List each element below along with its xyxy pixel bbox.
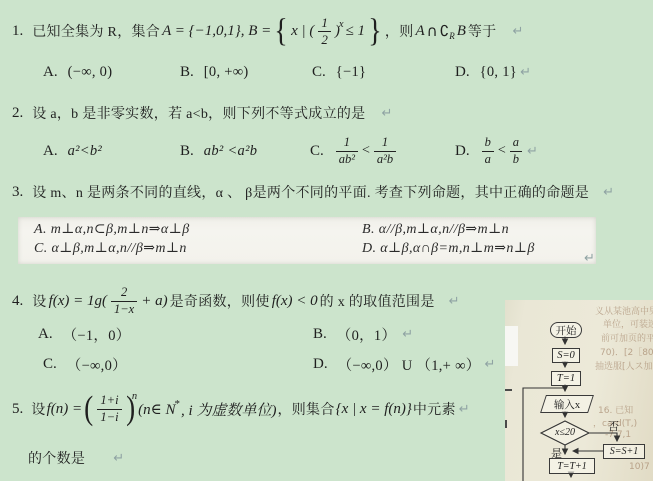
q4-fraction-denominator: 1−x <box>111 301 137 316</box>
q2-d-fraction-1: b a <box>482 136 494 165</box>
question-5-line-2: 的个数是 ↵ <box>28 448 124 468</box>
q2-c-fraction-1: 1 ab² <box>336 136 358 165</box>
paragraph-mark-icon: ↵ <box>603 185 614 200</box>
q1-exponent-x: x <box>339 19 344 30</box>
q2-d-frac1-den: a <box>482 151 494 166</box>
q5-domain-note-tail: , i 为虚数单位) <box>181 399 276 420</box>
flowchart-t-increment-node: T=T+1 <box>549 458 595 474</box>
q4-plus-a: + a) <box>141 293 167 310</box>
q2-option-a: A. a²<b² <box>43 129 102 173</box>
q1-option-b: B. [0, +∞) <box>180 60 249 84</box>
question-5-text-4: 的个数是 <box>28 448 85 468</box>
q4-option-a: A. （−1，0） <box>38 322 131 346</box>
q1-left-brace: { <box>274 11 287 51</box>
q3-option-c: C. α⊥β,m⊥α,n//β⇒m⊥n <box>34 240 190 257</box>
q5-function-def: f(n) = <box>47 401 83 418</box>
less-than-symbol: < <box>498 143 506 159</box>
intersection-symbol: ∩ <box>427 22 438 40</box>
paragraph-mark-icon: ↵ <box>402 327 413 342</box>
paragraph-mark-icon: ↵ <box>527 144 538 159</box>
q2-c-frac2-num: 1 <box>379 136 391 150</box>
question-2-options: A. a²<b² B. ab² <a²b C. 1 ab² < 1 a²b D.… <box>0 129 653 173</box>
q1-option-a-label: A. <box>43 64 58 81</box>
q1-set-condition: x | ( <box>291 23 314 40</box>
question-2-number: 2. <box>12 105 23 122</box>
paragraph-mark-icon: ↵ <box>113 451 124 466</box>
q3-option-d: D. α⊥β,α∩β=m,n⊥m⇒n⊥β <box>362 240 535 257</box>
q1-set-equation: A = {−1,0,1}, B = <box>162 23 271 40</box>
flowchart-start-node: 开始 <box>550 322 582 338</box>
q1-option-d: D. {0, 1} ↵ <box>455 60 531 84</box>
q4-fraction: 2 1−x <box>111 286 137 315</box>
question-4-number: 4. <box>12 293 23 310</box>
q5-set-def: {x | x = f(n)} <box>336 401 412 418</box>
paragraph-mark-icon: ↵ <box>520 65 531 80</box>
q4-option-c: C. （−∞,0） <box>43 352 127 376</box>
paragraph-mark-icon: ↵ <box>459 402 470 417</box>
q2-d-frac2-den: b <box>510 151 522 166</box>
q2-d-frac2-num: a <box>510 136 522 150</box>
q4-option-a-label: A. <box>38 326 53 343</box>
q2-option-a-label: A. <box>43 143 58 160</box>
question-5-text-2: ，则集合 <box>277 399 334 419</box>
q1-option-d-value: {0, 1} <box>480 64 517 81</box>
q1-right-brace: } <box>368 11 381 51</box>
q2-option-c: C. 1 ab² < 1 a²b <box>310 129 398 173</box>
paragraph-mark-icon: ↵ <box>485 357 496 372</box>
flowchart-input-node: 输入x <box>540 395 594 413</box>
question-1-options: A. (−∞, 0) B. [0, +∞) C. {−1} D. {0, 1} … <box>0 60 653 84</box>
question-5-text-1: 设 <box>31 399 45 419</box>
flowchart-no-label: 否 <box>608 418 619 434</box>
complement-symbol: ∁ <box>440 22 450 40</box>
q4-option-c-value: （−∞,0） <box>67 354 127 375</box>
question-4-text-1: 设 <box>32 291 46 311</box>
q2-option-d: D. b a < a b ↵ <box>455 129 538 173</box>
flowchart-s0-node: S=0 <box>552 348 580 363</box>
q2-c-frac2-den: a²b <box>374 151 396 166</box>
question-2-text: 设 a，b 是非零实数，若 a<b，则下列不等式成立的是 <box>32 103 365 123</box>
q4-option-b: B. （0，1） ↵ <box>313 322 413 346</box>
q4-inequality: f(x) < 0 <box>272 293 318 310</box>
q1-fraction-denominator: 2 <box>318 31 331 47</box>
q1-option-c-label: C. <box>312 64 326 81</box>
question-3-text: 设 m、n 是两条不同的直线，α 、 β是两个不同的平面. 考查下列命题，其中正… <box>32 182 589 202</box>
q2-c-fraction-2: 1 a²b <box>374 136 396 165</box>
q1-leq-one: ≤ 1 <box>346 23 365 40</box>
question-1: 1. 已知全集为 R，集合 A = {−1,0,1}, B = { x | ( … <box>12 8 523 54</box>
question-3-choices-image: A. m⊥α,n⊂β,m⊥n⇒α⊥β C. α⊥β,m⊥α,n//β⇒m⊥n B… <box>18 217 596 264</box>
q3-choices-left-column: A. m⊥α,n⊂β,m⊥n⇒α⊥β C. α⊥β,m⊥α,n//β⇒m⊥n <box>34 221 190 257</box>
q3-option-b: B. α//β,m⊥α,n//β⇒m⊥n <box>362 221 535 238</box>
question-4-text-3: 的 x 的取值范围是 <box>320 291 435 311</box>
flowchart-condition-label: x≤20 <box>545 427 585 438</box>
q1-fraction-numerator: 1 <box>318 16 331 31</box>
q2-option-a-value: a²<b² <box>68 143 102 160</box>
question-3-number: 3. <box>12 184 23 201</box>
q1-set-b: B <box>457 23 466 40</box>
question-5-number: 5. <box>12 401 23 418</box>
q5-left-paren: ( <box>84 389 93 429</box>
q2-c-frac1-num: 1 <box>341 136 353 150</box>
q2-d-frac1-num: b <box>482 136 494 150</box>
question-2: 2. 设 a，b 是非零实数，若 a<b，则下列不等式成立的是 ↵ <box>12 102 392 124</box>
q1-option-b-label: B. <box>180 64 194 81</box>
q4-option-a-value: （−1，0） <box>63 324 131 345</box>
question-5: 5. 设 f(n) = ( 1+i 1−i ) n (n∈ N * , i 为虚… <box>12 386 470 432</box>
q1-set-a: A <box>416 23 425 40</box>
q2-option-b-value: ab² <a²b <box>204 143 258 160</box>
question-4-text-2: 是奇函数，则使 <box>170 291 270 311</box>
q1-option-a: A. (−∞, 0) <box>43 60 112 84</box>
paragraph-mark-icon: ↵ <box>584 251 595 266</box>
question-4: 4. 设 f(x) = 1g( 2 1−x + a) 是奇函数，则使 f(x) … <box>12 281 460 321</box>
q1-option-c: C. {−1} <box>312 60 366 84</box>
q3-choices-right-column: B. α//β,m⊥α,n//β⇒m⊥n D. α⊥β,α∩β=m,n⊥m⇒n⊥… <box>362 221 535 257</box>
q4-option-d-label: D. <box>313 356 328 373</box>
q5-fraction-numerator: 1+i <box>97 394 121 408</box>
q4-option-c-label: C. <box>43 356 57 373</box>
complement-subscript: R <box>449 31 455 41</box>
q2-c-frac1-den: ab² <box>336 151 358 166</box>
q4-option-d: D. （−∞,0） U （1,+ ∞） ↵ <box>313 352 495 376</box>
question-3: 3. 设 m、n 是两条不同的直线，α 、 β是两个不同的平面. 考查下列命题，… <box>12 181 614 203</box>
question-1-text-after: 等于 <box>468 21 497 41</box>
q1-option-b-value: [0, +∞) <box>204 64 249 81</box>
question-1-text-before: 已知全集为 R，集合 <box>32 21 160 41</box>
less-than-symbol: < <box>362 143 370 159</box>
q2-option-b-label: B. <box>180 143 194 160</box>
q5-fraction: 1+i 1−i <box>97 394 121 423</box>
flowchart-t1-node: T=1 <box>551 371 581 386</box>
paragraph-mark-icon: ↵ <box>449 294 460 309</box>
q4-function-def: f(x) = 1g( <box>49 293 107 310</box>
question-1-number: 1. <box>12 23 23 40</box>
q2-d-fraction-2: a b <box>510 136 522 165</box>
q2-option-b: B. ab² <a²b <box>180 129 257 173</box>
question-1-text-mid: ，则 <box>385 21 414 41</box>
q2-option-d-label: D. <box>455 143 470 160</box>
q5-n-star: * <box>175 398 181 410</box>
q1-option-d-label: D. <box>455 64 470 81</box>
q1-option-a-value: (−∞, 0) <box>68 64 113 81</box>
q5-domain-note: (n∈ N <box>138 400 175 419</box>
question-5-text-3: 中元素 <box>413 399 456 419</box>
flowchart-image: 义从某池高中男生 单位，可装迷 前可加页的平生 70)．[2［80( 抽选服[人… <box>505 300 653 481</box>
q3-option-a: A. m⊥α,n⊂β,m⊥n⇒α⊥β <box>34 221 190 238</box>
q1-option-c-value: {−1} <box>336 64 367 81</box>
flowchart-s-increment-node: S=S+1 <box>603 444 645 459</box>
q4-option-b-value: （0，1） <box>337 324 397 345</box>
flowchart-input-label: 输入x <box>554 397 580 412</box>
q2-option-c-label: C. <box>310 143 324 160</box>
q1-fraction: 1 2 <box>318 16 331 46</box>
paragraph-mark-icon: ↵ <box>381 106 392 121</box>
q5-fraction-denominator: 1−i <box>97 409 121 424</box>
q4-option-b-label: B. <box>313 326 327 343</box>
q4-option-d-value: （−∞,0） U （1,+ ∞） <box>338 354 481 375</box>
q4-fraction-numerator: 2 <box>118 286 130 300</box>
q5-exponent-n: n <box>132 391 137 402</box>
paragraph-mark-icon: ↵ <box>512 24 523 39</box>
